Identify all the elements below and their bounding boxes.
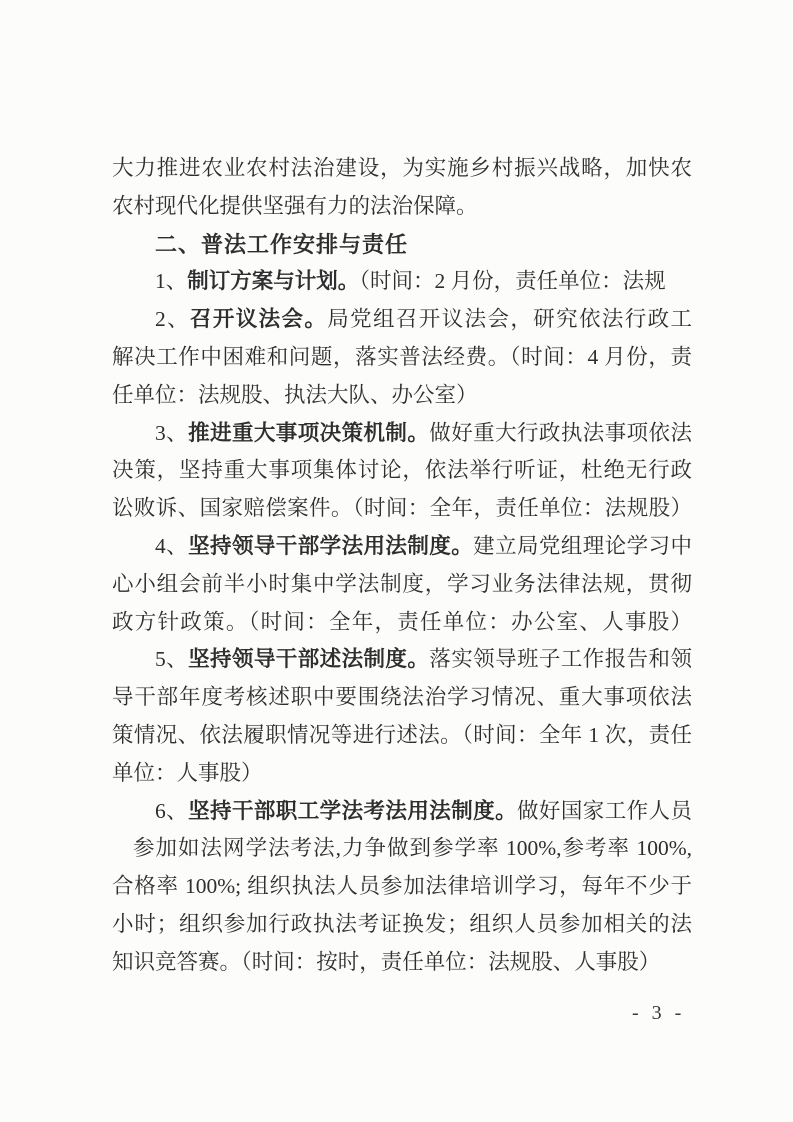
list-item-line: 1、制订方案与计划。（时间：2 月份，责任单位：法规股） bbox=[112, 263, 692, 301]
item-text: 落实领导班子工作报告和领 bbox=[429, 647, 692, 671]
line-text: 知识竞答赛。（时间：按时，责任单位：法规股、人事股） bbox=[112, 950, 660, 974]
item-title: 制订方案与计划。 bbox=[187, 269, 359, 293]
item-number: 4、 bbox=[155, 534, 188, 558]
paragraph-line: 决策，坚持重大事项集体讨论，依法举行听证，杜绝无行政诉 bbox=[112, 452, 692, 490]
paragraph-line: 策情况、依法履职情况等进行述法。（时间：全年 1 次，责任 bbox=[112, 717, 692, 755]
paragraph-line: 导干部年度考核述职中要围绕法治学习情况、重大事项依法决 bbox=[112, 679, 692, 717]
line-text: 决策，坚持重大事项集体讨论，依法举行听证，杜绝无行政诉 bbox=[112, 458, 692, 490]
paragraph-line: 解决工作中困难和问题，落实普法经费。（时间：4 月份，责 bbox=[112, 339, 692, 377]
item-number: 3、 bbox=[155, 421, 188, 445]
line-text: 讼败诉、国家赔偿案件。（时间：全年，责任单位：法规股） bbox=[112, 496, 692, 520]
item-text: 建立局党组理论学习中 bbox=[473, 534, 692, 558]
list-item-line: 6、坚持干部职工学法考法用法制度。做好国家工作人员 bbox=[112, 793, 692, 831]
item-title: 召开议法会。 bbox=[190, 307, 327, 331]
line-text: 小时；组织参加行政执法考证换发；组织人员参加相关的法律 bbox=[112, 912, 692, 944]
paragraph-line: 讼败诉、国家赔偿案件。（时间：全年，责任单位：法规股） bbox=[112, 490, 692, 528]
line-text: 导干部年度考核述职中要围绕法治学习情况、重大事项依法决 bbox=[112, 685, 692, 717]
page-number: - 3 - bbox=[632, 998, 685, 1028]
line-text: 任单位：法规股、执法大队、办公室） bbox=[112, 383, 478, 407]
item-title: 坚持干部职工学法考法用法制度。 bbox=[188, 799, 517, 823]
paragraph-line: 政方针政策。（时间：全年，责任单位：办公室、人事股） bbox=[112, 604, 692, 642]
item-number: 5、 bbox=[155, 647, 188, 671]
paragraph-line: 合格率 100%; 组织执法人员参加法律培训学习，每年不少于 40 bbox=[112, 868, 692, 906]
line-text: 单位：人事股） bbox=[112, 761, 263, 785]
list-item-line: 3、推进重大事项决策机制。做好重大行政执法事项依法 bbox=[112, 415, 692, 453]
list-item-line: 4、坚持领导干部学法用法制度。建立局党组理论学习中 bbox=[112, 528, 692, 566]
line-text: 策情况、依法履职情况等进行述法。（时间：全年 1 次，责任 bbox=[112, 723, 692, 747]
paragraph-line: 小时；组织参加行政执法考证换发；组织人员参加相关的法律 bbox=[112, 906, 692, 944]
item-text: 做好重大行政执法事项依法 bbox=[429, 421, 692, 445]
paragraph-line: 参加如法网学法考法,力争做到参学率 100%,参考率 100%, bbox=[112, 830, 692, 868]
item-title: 推进重大事项决策机制。 bbox=[188, 421, 429, 445]
line-text: 合格率 100%; 组织执法人员参加法律培训学习，每年不少于 40 bbox=[112, 874, 692, 906]
item-title: 坚持领导干部学法用法制度。 bbox=[188, 534, 473, 558]
line-text: 参加如法网学法考法,力争做到参学率 100%,参考率 100%, bbox=[133, 836, 692, 860]
line-text: 大力推进农业农村法治建设，为实施乡村振兴战略，加快农业 bbox=[112, 156, 692, 188]
item-number: 1、 bbox=[155, 269, 187, 293]
line-text: 政方针政策。（时间：全年，责任单位：办公室、人事股） bbox=[112, 610, 692, 634]
item-number: 2、 bbox=[155, 307, 190, 331]
line-text: 心小组会前半小时集中学法制度，学习业务法律法规，贯彻时 bbox=[112, 572, 692, 604]
document-body: 大力推进农业农村法治建设，为实施乡村振兴战略，加快农业 农村现代化提供坚强有力的… bbox=[112, 150, 692, 982]
paragraph-line: 知识竞答赛。（时间：按时，责任单位：法规股、人事股） bbox=[112, 944, 692, 982]
paragraph-line: 任单位：法规股、执法大队、办公室） bbox=[112, 377, 692, 415]
line-text: 农村现代化提供坚强有力的法治保障。 bbox=[112, 194, 478, 218]
item-title: 坚持领导干部述法制度。 bbox=[188, 647, 429, 671]
list-item-line: 2、召开议法会。局党组召开议法会，研究依法行政工作， bbox=[112, 301, 692, 339]
document-page: 大力推进农业农村法治建设，为实施乡村振兴战略，加快农业 农村现代化提供坚强有力的… bbox=[0, 0, 793, 1122]
item-text: 做好国家工作人员 bbox=[517, 799, 692, 823]
paragraph-line: 大力推进农业农村法治建设，为实施乡村振兴战略，加快农业 bbox=[112, 150, 692, 188]
section-heading-text: 二、普法工作安排与责任 bbox=[155, 232, 408, 257]
paragraph-line: 心小组会前半小时集中学法制度，学习业务法律法规，贯彻时 bbox=[112, 566, 692, 604]
paragraph-line: 单位：人事股） bbox=[112, 755, 692, 793]
list-item-line: 5、坚持领导干部述法制度。落实领导班子工作报告和领 bbox=[112, 641, 692, 679]
line-text: 解决工作中困难和问题，落实普法经费。（时间：4 月份，责 bbox=[112, 345, 692, 369]
item-number: 6、 bbox=[155, 799, 188, 823]
paragraph-line: 农村现代化提供坚强有力的法治保障。 bbox=[112, 188, 692, 226]
section-heading: 二、普法工作安排与责任 bbox=[112, 226, 692, 264]
